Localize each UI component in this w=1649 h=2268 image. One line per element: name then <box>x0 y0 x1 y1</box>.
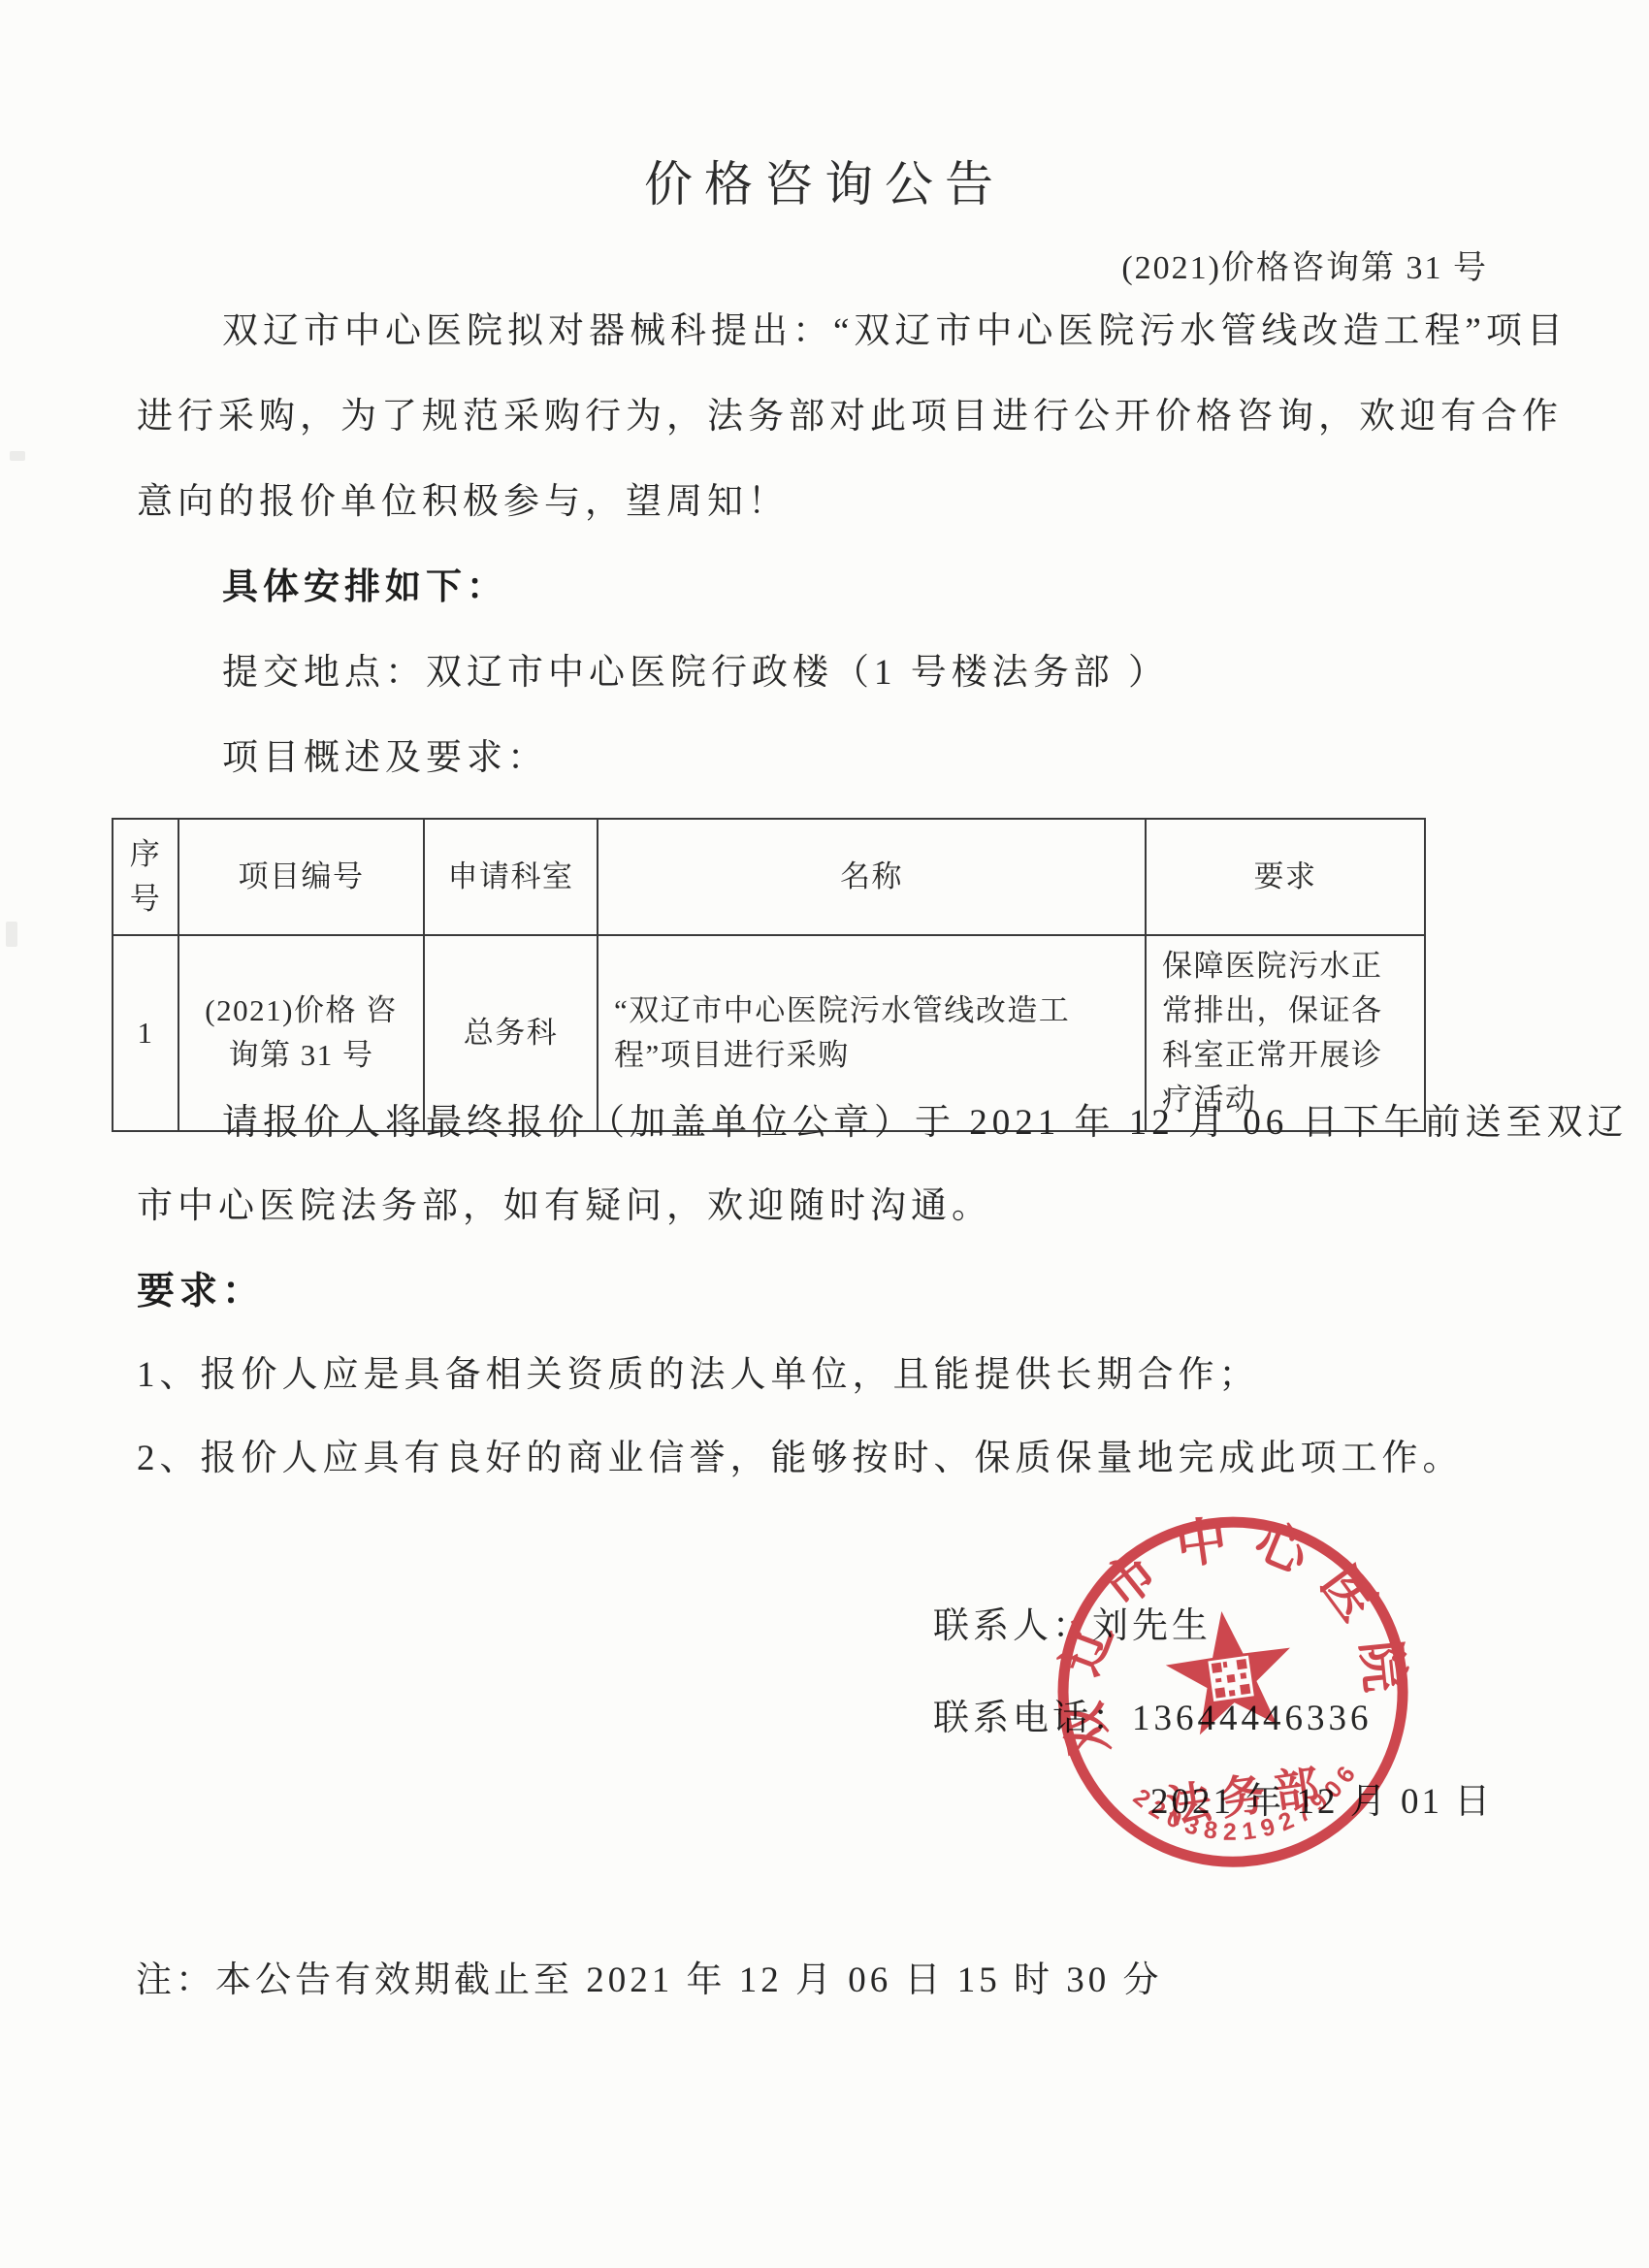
header-requirement: 要求 <box>1146 819 1425 935</box>
header-department: 申请科室 <box>424 819 598 935</box>
project-table: 序号 项目编号 申请科室 名称 要求 1 (2021)价格 咨询第 31 号 总… <box>112 818 1426 1132</box>
scan-artifact <box>6 922 17 947</box>
header-name: 名称 <box>598 819 1146 935</box>
header-seq: 序号 <box>113 819 178 935</box>
requirements-heading: 要求： <box>137 1261 265 1315</box>
arrangement-heading: 具体安排如下： <box>222 557 507 609</box>
header-project-no: 项目编号 <box>178 819 424 935</box>
table-header-row: 序号 项目编号 申请科室 名称 要求 <box>113 819 1425 935</box>
requirement-item: 2、报价人应具有良好的商业信誉，能够按时、保质保量地完成此项工作。 <box>137 1428 1464 1480</box>
validity-note: 注：本公告有效期截止至 2021 年 12 月 06 日 15 时 30 分 <box>136 1950 1163 2002</box>
reference-number: (2021)价格咨询第 31 号 <box>1121 241 1488 288</box>
paragraph-line: 市中心医院法务部，如有疑问，欢迎随时沟通。 <box>137 1176 992 1228</box>
overview-heading: 项目概述及要求： <box>222 728 548 780</box>
paragraph-line: 请报价人将最终报价（加盖单位公章）于 2021 年 12 月 06 日下午前送至… <box>137 1092 1629 1145</box>
scan-artifact <box>10 451 25 461</box>
contact-person: 联系人：刘先生 <box>933 1596 1212 1648</box>
contact-phone: 联系电话：13644446336 <box>933 1688 1373 1740</box>
submit-location: 提交地点：双辽市中心医院行政楼（1 号楼法务部 ） <box>222 642 1169 695</box>
page-title: 价格咨询公告 <box>0 146 1649 215</box>
requirement-item: 1、报价人应是具备相关资质的法人单位，且能提供长期合作； <box>137 1345 1260 1397</box>
paragraph-line: 双辽市中心医院拟对器械科提出：“双辽市中心医院污水管线改造工程”项目 <box>137 301 1568 353</box>
issue-date: 2021 年 12 月 01 日 <box>1150 1771 1493 1824</box>
document-page: 价格咨询公告 (2021)价格咨询第 31 号 双辽市中心医院拟对器械科提出：“… <box>0 0 1649 2268</box>
paragraph-line: 意向的报价单位积极参与，望周知！ <box>137 471 789 524</box>
paragraph-line: 进行采购，为了规范采购行为，法务部对此项目进行公开价格咨询，欢迎有合作 <box>137 386 1563 438</box>
